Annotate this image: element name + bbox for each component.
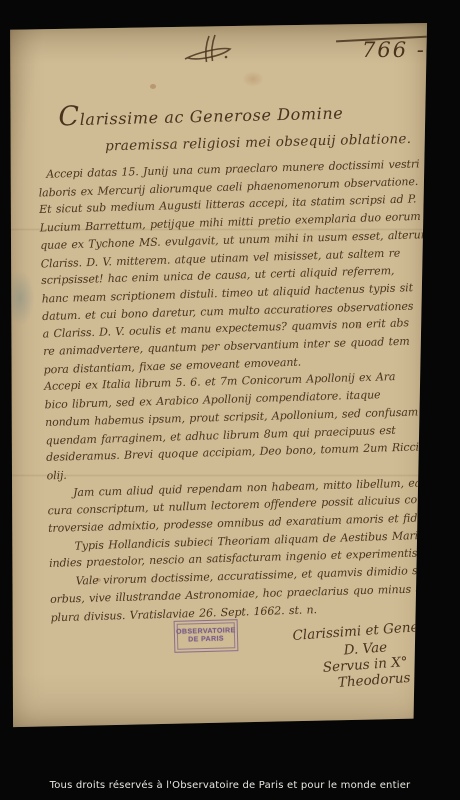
stamp-line: DE PARIS xyxy=(188,636,224,645)
paper-stain xyxy=(238,68,268,90)
observatoire-de-paris-stamp: OBSERVATOIRE DE PARIS xyxy=(174,619,239,653)
paper-stain xyxy=(0,260,40,336)
salutation-line: praemissa religiosi mei obsequij oblatio… xyxy=(105,131,412,154)
salutation-line: Clarissime ac Generose Domine xyxy=(58,93,411,133)
folio-number: 766 - xyxy=(362,38,426,62)
paraph-flourish-icon xyxy=(182,32,234,70)
copyright-caption: Tous droits réservés à l'Observatoire de… xyxy=(0,780,460,791)
manuscript-page: 766 - Clarissime ac Generose Domine prae… xyxy=(8,22,430,730)
stamp-text: OBSERVATOIRE DE PARIS xyxy=(177,622,236,650)
salutation-block: Clarissime ac Generose Domine praemissa … xyxy=(38,93,411,156)
paper-stain xyxy=(150,84,156,89)
letter-body: Accepi datas 15. Junij una cum praeclaro… xyxy=(38,155,451,626)
scan-stage: 766 - Clarissime ac Generose Domine prae… xyxy=(0,0,460,800)
signature-block: Clarissimi et Generosi D. Vae Servus in … xyxy=(292,615,460,693)
